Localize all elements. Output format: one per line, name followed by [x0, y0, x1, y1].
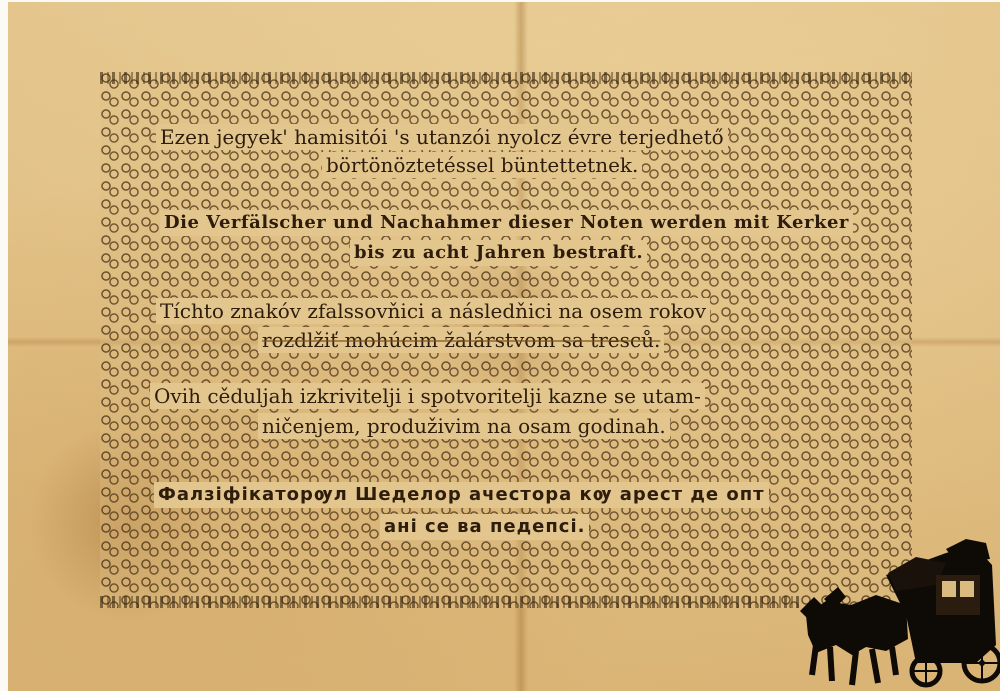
slovak-warning-line-2: rozdlžiť mohúcim žalárstvom sa tresců.: [258, 327, 664, 353]
german-warning-line-2: bis zu acht Jahren bestraft.: [350, 240, 647, 266]
stagecoach-icon: [796, 535, 1000, 691]
frame-bottom-border: [100, 596, 800, 608]
romanian-warning-line-2: ані се ва педепсі.: [380, 514, 589, 540]
hungarian-warning-line-1: Ezen jegyek' hamisitói 's utanzói nyolcz…: [156, 124, 728, 150]
german-warning-line-1: Die Verfälscher und Nachahmer dieser Not…: [160, 210, 853, 236]
croatian-warning-line-1: Ovih cěduljah izkrivitelji i spotvoritel…: [150, 383, 705, 409]
frame-top-border: [100, 72, 912, 84]
romanian-warning-line-1: Фалзіфікаторѹл Шеделор ачестора кѹ арест…: [154, 482, 769, 508]
slovak-warning-line-1: Tíchto znakóv zfalssovňici a následňici …: [156, 298, 710, 324]
croatian-warning-line-2: ničenjem, produživim na osam godinah.: [258, 413, 670, 439]
hungarian-warning-line-2: börtönöztetéssel büntettetnek.: [322, 152, 642, 178]
